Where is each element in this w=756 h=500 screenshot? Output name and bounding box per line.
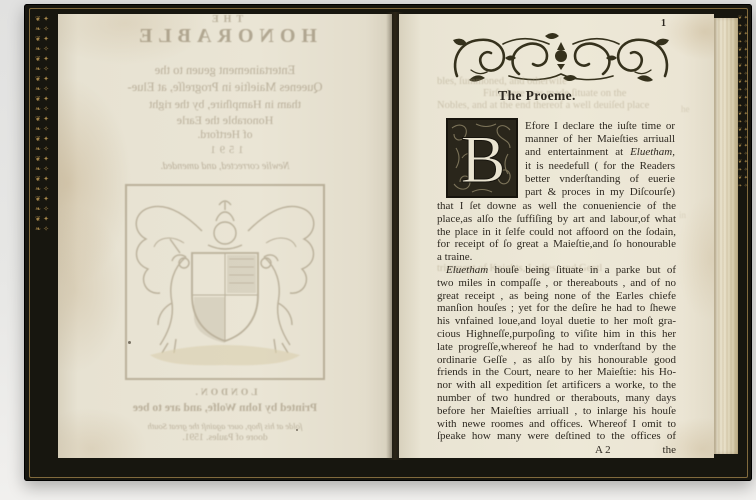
body-line: a traine. xyxy=(437,251,676,264)
imprint-line: doore of Paules. 1591. xyxy=(78,433,372,443)
body-line: great receipt , as being none of the Ear… xyxy=(437,290,676,303)
body-line: manner of her Maieſties arriuall xyxy=(525,133,675,146)
body-line: number of two hundred or therabouts, man… xyxy=(437,392,676,405)
drop-cap-B-woodcut: B xyxy=(446,118,518,198)
arms-compartment xyxy=(150,345,300,365)
showthrough-smudge: he xyxy=(681,104,690,114)
body-line: cious Highneſſe,purpoſing to viſite him … xyxy=(437,328,676,341)
body-line: his vnfained loue,and loyal duetie to he… xyxy=(437,315,676,328)
italic-word: Eluetham xyxy=(446,264,488,276)
page-block-fore-edge xyxy=(714,18,738,454)
body-line: it is needefull ( for the Readers xyxy=(525,160,675,173)
page-number: 1 xyxy=(661,18,666,29)
imprint-line: Printed by Iohn Wolfe, and are to bee xyxy=(78,402,372,414)
title-year: 1591 xyxy=(78,145,372,156)
gilt-tooling-left-board: ❦ ✦ ❧ ✧ ❦ ✦ ❧ ✧ ❦ ✦ ❧ ✧ ❦ ✦ ❧ ✧ ❦ ✦ ❧ ✧ … xyxy=(33,14,51,470)
signature-mark: A 2 xyxy=(595,444,611,456)
showthrough-smudge: in xyxy=(679,210,686,220)
body-text-block: that I ſet downe as well the conuenienci… xyxy=(437,200,676,443)
body-line: place,as alſo the ſuffiſing by art and l… xyxy=(437,213,676,226)
body-line: before her Maieſties arriuall , to inlar… xyxy=(437,405,676,418)
title-line-the: THE xyxy=(78,14,372,25)
imprint-city: LONDON. xyxy=(78,388,372,398)
body-line: two miles in compaſſe , or thereabouts ,… xyxy=(437,277,676,290)
coat-of-arms-woodcut-showthrough xyxy=(124,183,326,383)
body-line: Eluetham houſe being ſituate in a parke … xyxy=(437,264,676,277)
body-line: for receipt of ſo great a Maieſtie,and ſ… xyxy=(437,238,676,251)
title-page-showthrough: THE HONORABLE Entertainement geuen to th… xyxy=(58,14,392,458)
body-line: with newe roomes and offices. Whereof I … xyxy=(437,418,676,431)
left-page: THE HONORABLE Entertainement geuen to th… xyxy=(58,14,392,458)
body-line: ſpeake how many were deſtined to the off… xyxy=(437,430,676,443)
italic-word: Eluetham, xyxy=(630,146,675,158)
title-line: Entertainement geuen to the xyxy=(78,63,372,78)
catchword: the xyxy=(663,444,676,456)
title-line: Queenes Maieſtie in Progreſſe, at Elue- xyxy=(78,80,372,95)
title-line: of Hertford. xyxy=(78,129,372,141)
right-page: 1 bles, ſummoned, and otherwiſe Firſt th… xyxy=(399,14,714,458)
title-line: tham in Hampſhire, by the right xyxy=(78,97,372,112)
paragraph-1-indent-lines: Efore I declare the iuſte time or manner… xyxy=(525,120,675,199)
body-line: late progreſſe,whereof he had to vnderſt… xyxy=(437,341,676,354)
proeme-heading: The Proeme. xyxy=(399,88,675,104)
title-corrected-line: Newlie corrected, and amended. xyxy=(78,161,372,172)
showthrough-line: bles, ſummoned, and otherwiſe xyxy=(437,76,567,87)
gilt-tooling-right-board: ❦ ✦ ❧ ✧ ❦ ✦ ❧ ✧ ❦ ✦ ❧ ✧ ❦ ✦ ❧ ✧ ❦ ✦ ❧ ✧ … xyxy=(737,14,749,470)
body-line: better vnderſtanding of euerie xyxy=(525,173,675,186)
body-line: part & proces in my Diſcourſe) xyxy=(525,186,675,199)
svg-text:B: B xyxy=(460,121,505,197)
body-line: ordinarie Geſſe , as alſo by his honoura… xyxy=(437,354,676,367)
title-line: Honorable the Earle xyxy=(78,113,372,128)
title-line-honorable: HONORABLE xyxy=(78,25,372,48)
imprint-line: ſolde at his ſhop, ouer againſt the grea… xyxy=(78,421,372,431)
body-line: friends in the Court, neare to her Maieſ… xyxy=(437,366,676,379)
body-line: and entertainment at Eluetham, xyxy=(525,146,675,159)
body-line: manſion houſes ; yet for the deſire he h… xyxy=(437,302,676,315)
body-line: that I ſet downe as well the conuenienci… xyxy=(437,200,676,213)
body-line: the place in it ſelfe could not affoord … xyxy=(437,226,676,239)
body-line: Efore I declare the iuſte time or xyxy=(525,120,675,133)
body-line: nor with all expedition ſet artificers a… xyxy=(437,379,676,392)
